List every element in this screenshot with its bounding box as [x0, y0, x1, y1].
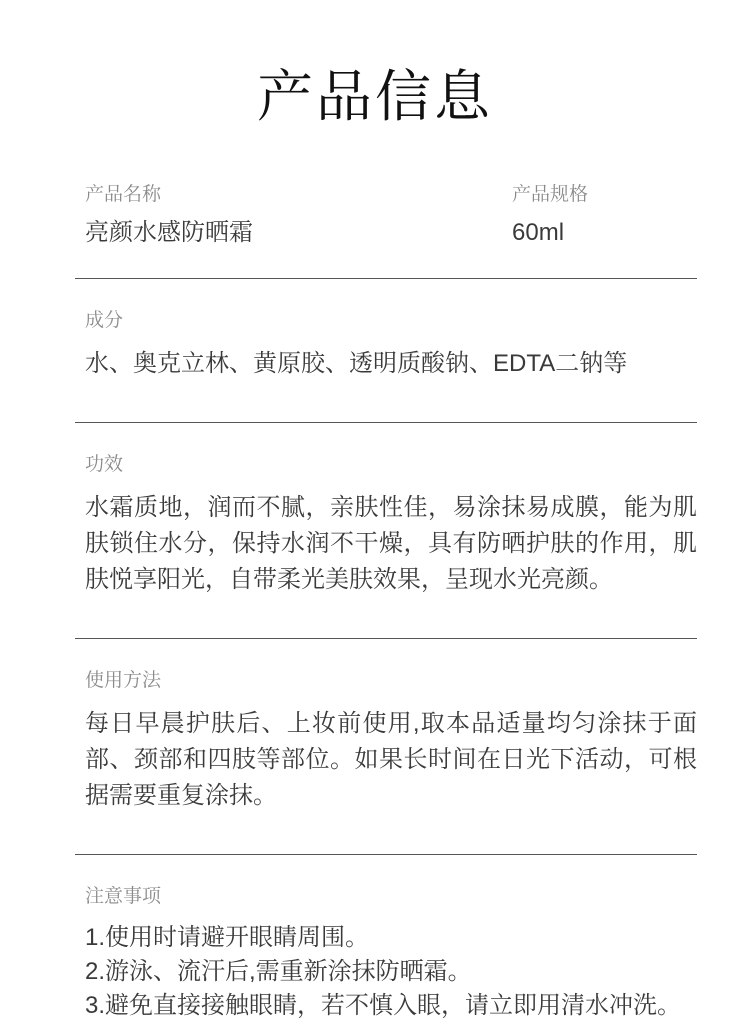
ingredients-text: 水、奥克立林、黄原胶、透明质酸钠、EDTA二钠等 [85, 346, 697, 382]
precautions-label: 注意事项 [85, 886, 697, 909]
usage-label: 使用方法 [85, 670, 697, 693]
product-meta-row: 产品名称 亮颜水感防晒霜 产品规格 60ml [75, 184, 697, 249]
efficacy-text: 水霜质地，润而不腻，亲肤性佳，易涂抹易成膜，能为肌肤锁住水分，保持水润不干燥，具… [85, 490, 697, 598]
product-spec-block: 产品规格 60ml [512, 184, 697, 249]
product-name-value: 亮颜水感防晒霜 [85, 219, 512, 248]
precautions-list: 1.使用时请避开眼睛周围。 2.游泳、流汗后,需重新涂抹防晒霜。 3.避免直接接… [85, 921, 697, 1021]
ingredients-label: 成分 [85, 310, 697, 333]
usage-section: 使用方法 每日早晨护肤后、上妆前使用,取本品适量均匀涂抹于面部、颈部和四肢等部位… [75, 639, 697, 854]
product-spec-label: 产品规格 [512, 184, 697, 207]
efficacy-label: 功效 [85, 454, 697, 477]
efficacy-section: 功效 水霜质地，润而不腻，亲肤性佳，易涂抹易成膜，能为肌肤锁住水分，保持水润不干… [75, 423, 697, 638]
product-name-block: 产品名称 亮颜水感防晒霜 [85, 184, 512, 249]
product-spec-value: 60ml [512, 219, 697, 248]
ingredients-section: 成分 水、奥克立林、黄原胶、透明质酸钠、EDTA二钠等 [75, 279, 697, 422]
product-name-label: 产品名称 [85, 184, 512, 207]
usage-text: 每日早晨护肤后、上妆前使用,取本品适量均匀涂抹于面部、颈部和四肢等部位。如果长时… [85, 706, 697, 814]
precaution-item: 1.使用时请避开眼睛周围。 [85, 921, 697, 955]
product-info-page: 产品信息 产品名称 亮颜水感防晒霜 产品规格 60ml 成分 水、奥克立林、黄原… [0, 0, 750, 1021]
precautions-section: 注意事项 1.使用时请避开眼睛周围。 2.游泳、流汗后,需重新涂抹防晒霜。 3.… [75, 855, 697, 1021]
content-area: 产品名称 亮颜水感防晒霜 产品规格 60ml 成分 水、奥克立林、黄原胶、透明质… [75, 184, 697, 1021]
page-title: 产品信息 [0, 0, 750, 128]
precaution-item: 2.游泳、流汗后,需重新涂抹防晒霜。 [85, 955, 697, 989]
precaution-item: 3.避免直接接触眼睛，若不慎入眼，请立即用清水冲洗。 [85, 989, 697, 1021]
